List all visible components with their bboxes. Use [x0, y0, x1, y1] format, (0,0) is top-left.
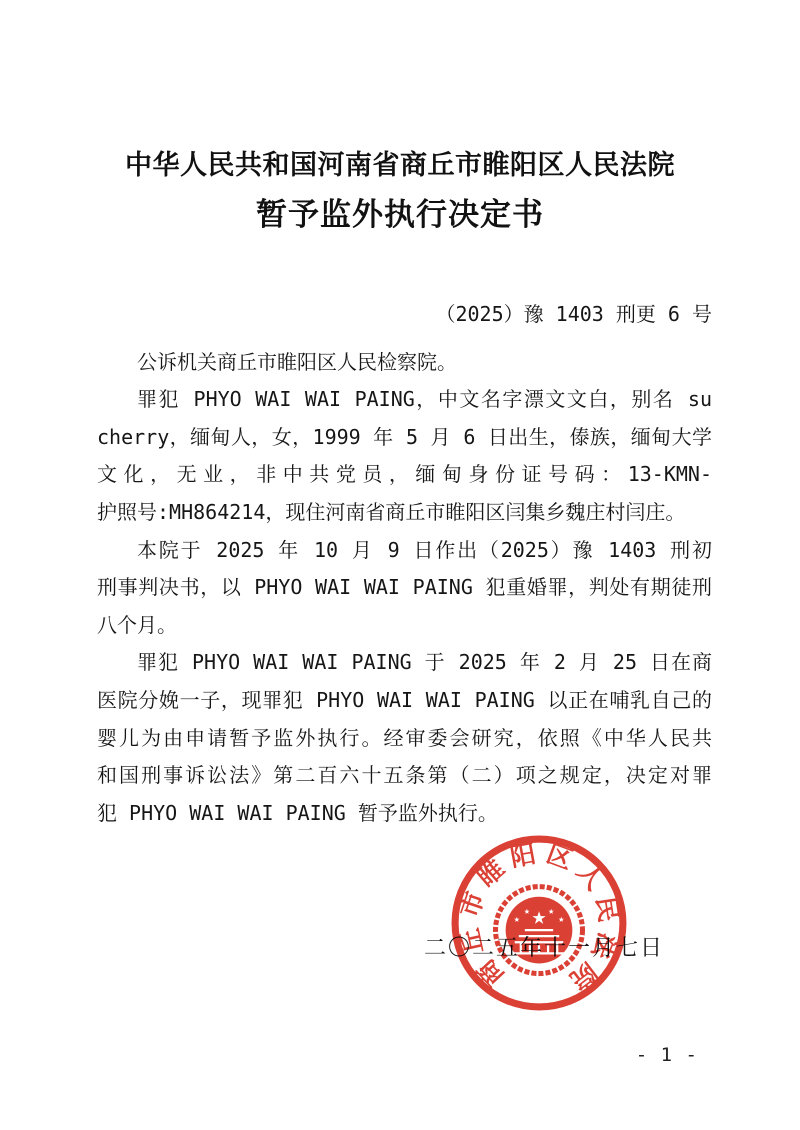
case-number: （2025）豫 1403 刑更 6 号: [97, 296, 712, 334]
svg-text:★: ★: [514, 914, 520, 925]
body-line: 犯 PHYO WAI WAI PAING 暂予监外执行。: [97, 795, 712, 833]
svg-text:★: ★: [548, 906, 554, 917]
body-line: 和国刑事诉讼法》第二百六十五条第（二）项之规定，决定对罪: [97, 757, 712, 795]
document-header: 中华人民共和国河南省商丘市睢阳区人民法院 暂予监外执行决定书: [0, 143, 800, 234]
body-line: 婴儿为由申请暂予监外执行。经审委会研究，依照《中华人民共: [97, 720, 712, 758]
body-line: 文化，无业，非中共党员，缅甸身份证号码：13-KMN-（N）-13396，: [97, 456, 712, 494]
body-line: 护照号:MH864214，现住河南省商丘市睢阳区闫集乡魏庄村闫庄。: [97, 494, 712, 532]
body-line: 刑事判决书，以 PHYO WAI WAI PAING 犯重婚罪，判处有期徒刑: [97, 569, 712, 607]
svg-text:★: ★: [524, 906, 530, 917]
court-name-title: 中华人民共和国河南省商丘市睢阳区人民法院: [0, 143, 800, 182]
document-body: 公诉机关商丘市睢阳区人民检察院。罪犯 PHYO WAI WAI PAING，中文…: [97, 344, 712, 833]
court-seal: 商丘市睢阳区人民法院 ★ ★ ★ ★ ★: [448, 832, 630, 1014]
body-line: 罪犯 PHYO WAI WAI PAING，中文名字漂文文白，别名 su: [97, 381, 712, 419]
body-line: 罪犯 PHYO WAI WAI PAING 于 2025 年 2 月 25 日在…: [97, 644, 712, 682]
body-line: 本院于 2025 年 10 月 9 日作出（2025）豫 1403 刑初 594…: [97, 532, 712, 570]
document-content: （2025）豫 1403 刑更 6 号 公诉机关商丘市睢阳区人民检察院。罪犯 P…: [97, 296, 712, 832]
svg-text:★: ★: [558, 914, 564, 925]
body-line: 医院分娩一子，现罪犯 PHYO WAI WAI PAING 以正在哺乳自己的: [97, 682, 712, 720]
body-line: cherry，缅甸人，女，1999 年 5 月 6 日出生，傣族，缅甸大学: [97, 419, 712, 457]
svg-text:★: ★: [532, 901, 547, 930]
document-title: 暂予监外执行决定书: [0, 189, 800, 234]
body-line: 公诉机关商丘市睢阳区人民检察院。: [97, 344, 712, 382]
national-emblem-icon: ★ ★ ★ ★ ★: [496, 887, 583, 974]
court-seal-icon: 商丘市睢阳区人民法院 ★ ★ ★ ★ ★: [448, 832, 630, 1014]
page-number: - 1 -: [636, 1044, 698, 1066]
court-decision-page: 中华人民共和国河南省商丘市睢阳区人民法院 暂予监外执行决定书 （2025）豫 1…: [0, 0, 800, 1130]
body-line: 八个月。: [97, 607, 712, 645]
